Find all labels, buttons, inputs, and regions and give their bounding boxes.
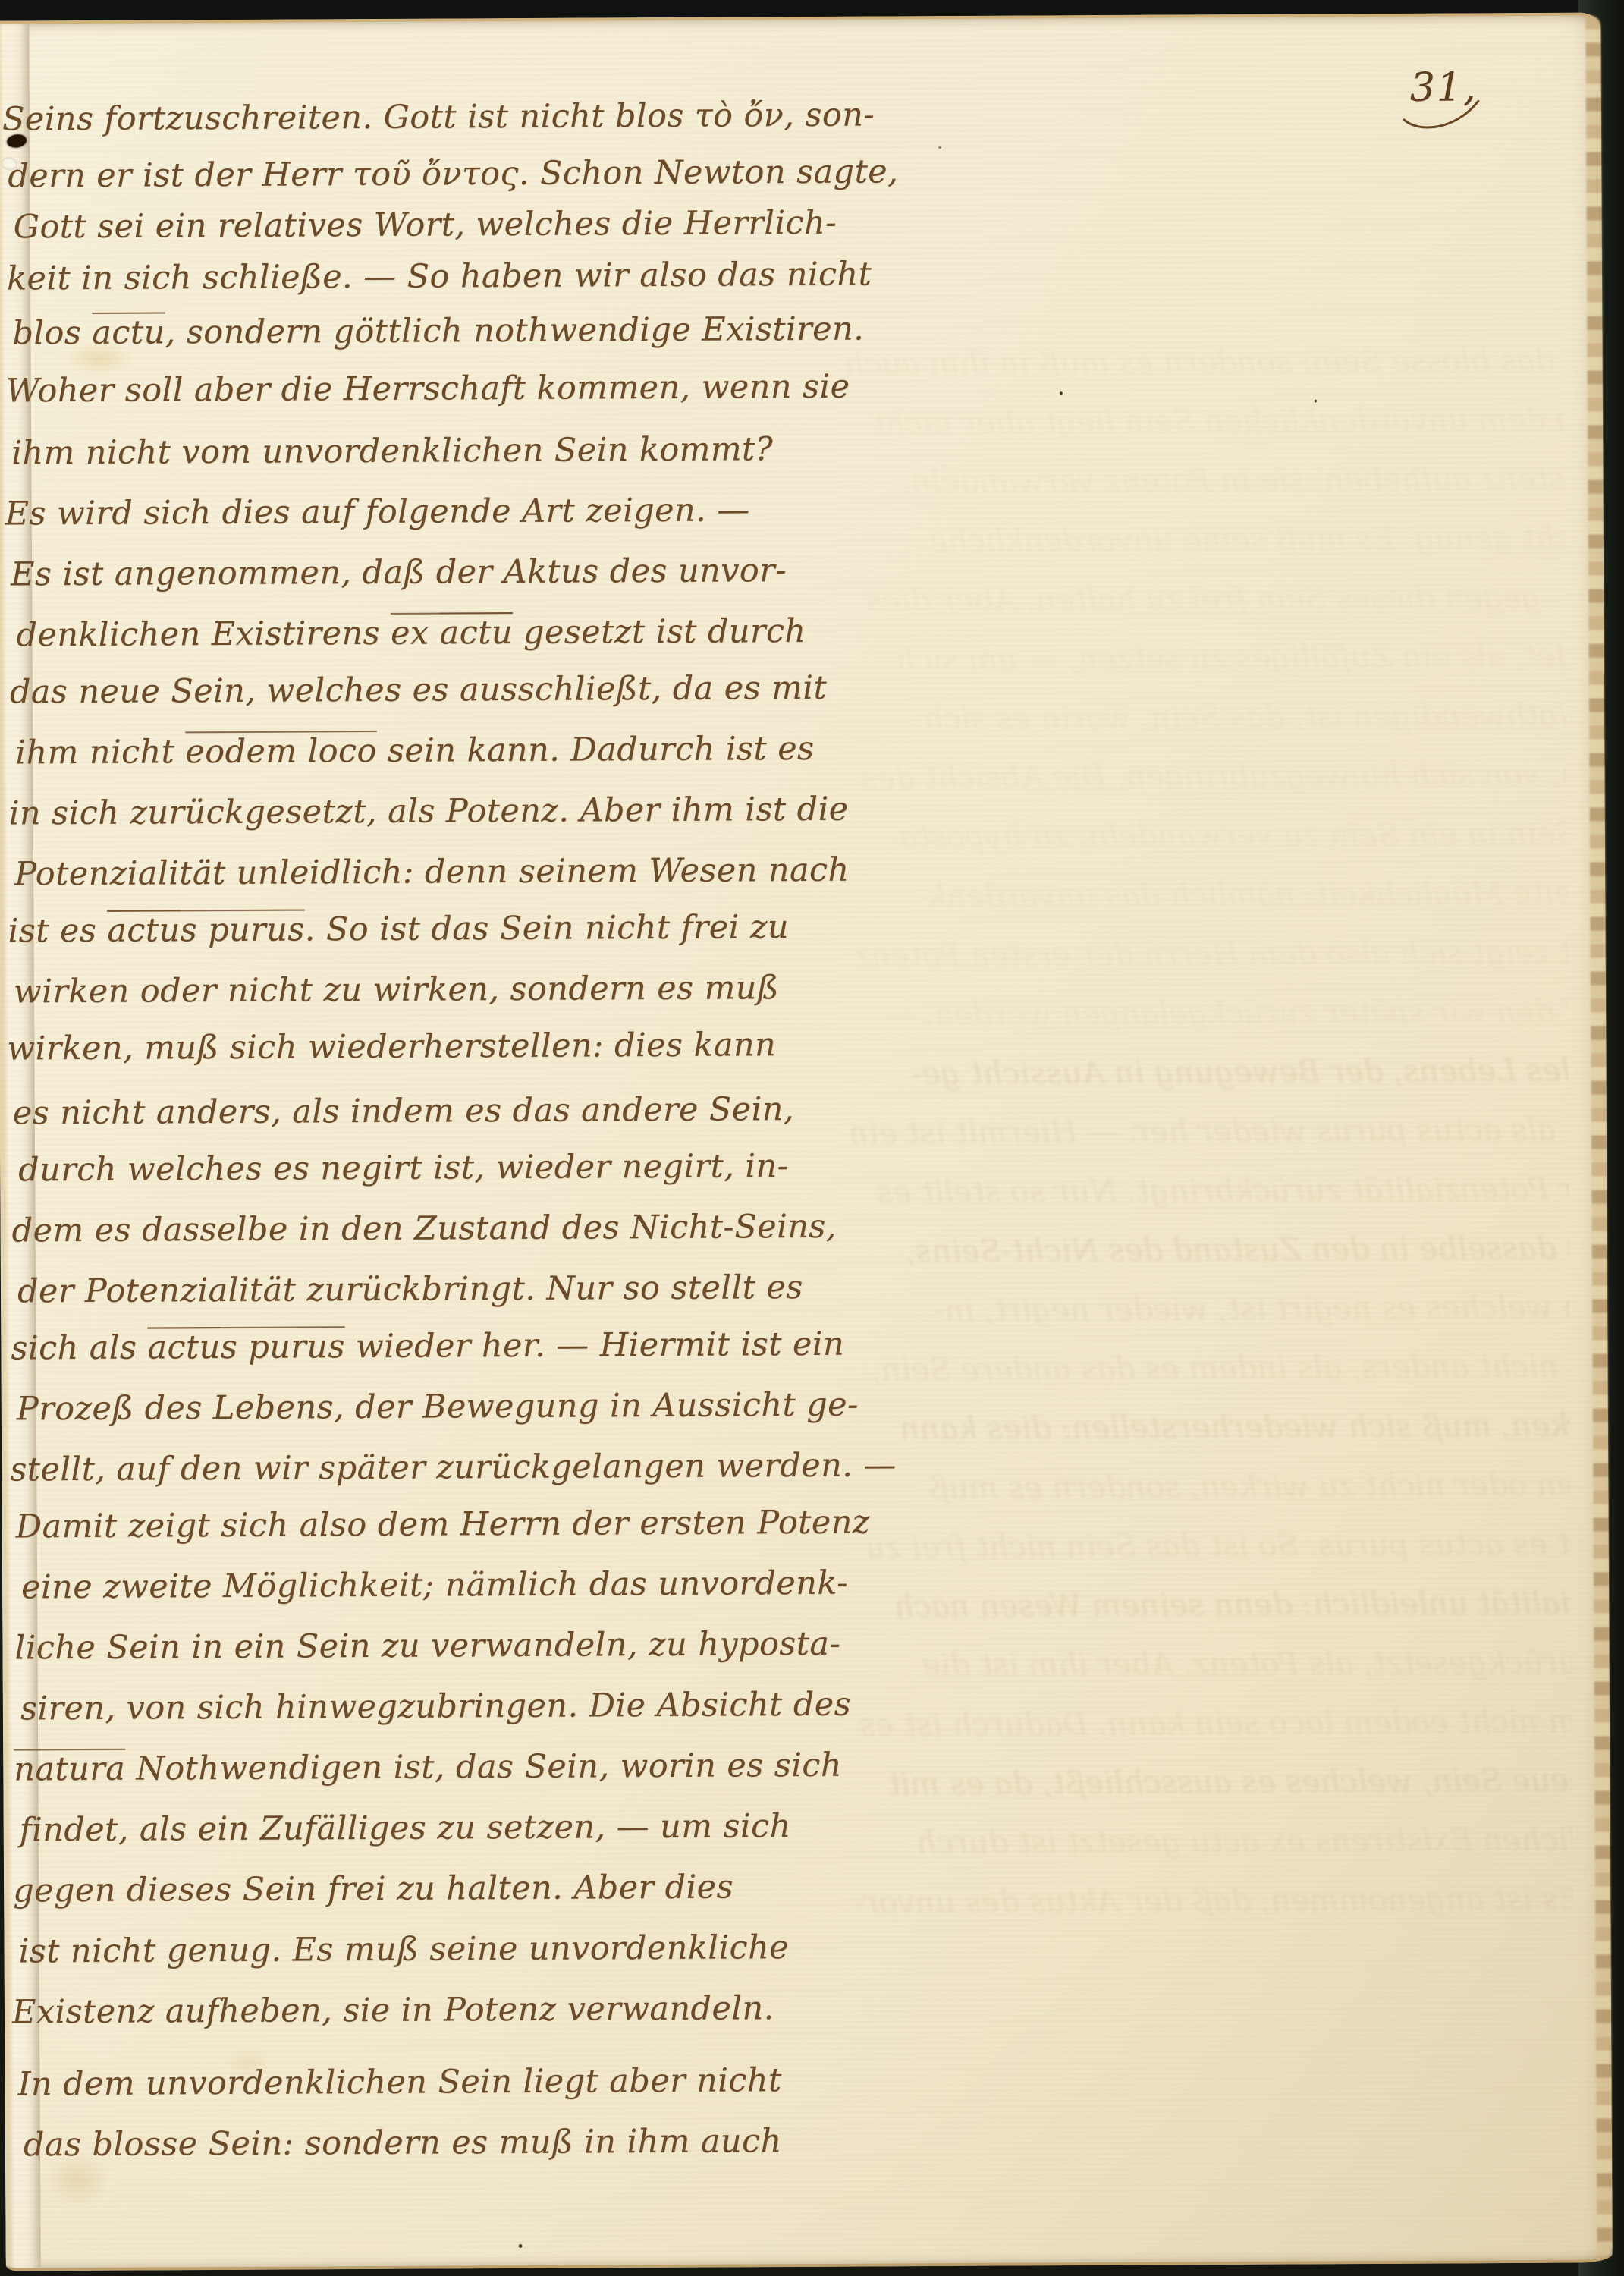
- show-through-line: gegen dieses Sein frei zu halten. Aber d…: [866, 579, 1541, 619]
- show-through-line: durch welches es negirt ist, wieder negi…: [934, 1288, 1575, 1328]
- show-through-line: ihm nicht eodem loco sein kann. Dadurch …: [859, 1702, 1575, 1743]
- manuscript-line: das neue Sein, welches es ausschließt, d…: [10, 666, 828, 715]
- manuscript-line: Potenzialität unleidlich: denn seinem We…: [14, 848, 850, 897]
- manuscript-line: wirken, muß sich wiederherstellen: dies …: [7, 1023, 776, 1070]
- show-through-line: natura Nothwendigen ist, das Sein, worin…: [923, 696, 1575, 737]
- show-through-line: findet, als ein Zufälliges zu setzen, — …: [895, 637, 1575, 677]
- show-through-line: ist nicht genug. Es muß seine unvordenkl…: [929, 519, 1575, 559]
- manuscript-line: Existenz aufheben, sie in Potenz verwand…: [12, 1986, 774, 2034]
- manuscript-line: ist es actus purus. So ist das Sein nich…: [8, 905, 789, 953]
- page-number: 31,: [1399, 63, 1514, 140]
- show-through-line: stellt, auf den wir später zurückgelange…: [883, 992, 1575, 1033]
- manuscript-line: sich als actus purus wieder her. — Hierm…: [11, 1322, 844, 1371]
- show-through-line: Es ist angenommen, daß der Aktus des unv…: [853, 1881, 1574, 1921]
- manuscript-line: durch welches es negirt ist, wieder negi…: [18, 1144, 789, 1192]
- manuscript-line: in sich zurückgesetzt, als Potenz. Aber …: [9, 787, 849, 836]
- manuscript-line: wirken oder nicht zu wirken, sondern es …: [14, 966, 779, 1014]
- manuscript-line: In dem unvordenklichen Sein liegt aber n…: [17, 2058, 781, 2106]
- show-through-line: es nicht anders, als indem es das andere…: [871, 1347, 1574, 1388]
- manuscript-line: gegen dieses Sein frei zu halten. Aber d…: [13, 1865, 733, 1913]
- show-through-line: eine zweite Möglichkeit; nämlich das unv…: [917, 874, 1574, 914]
- show-through-line: wirken, muß sich wiederherstellen: dies …: [900, 1407, 1575, 1447]
- manuscript-line: der Potenzialität zurückbringt. Nur so s…: [17, 1265, 803, 1313]
- manuscript-line: dern er ist der Herr τοῦ ὄντος. Schon Ne…: [8, 149, 898, 198]
- manuscript-line: Seins fortzuschreiten. Gott ist nicht bl…: [2, 93, 875, 141]
- manuscript-line: es nicht anders, als indem es das andere…: [13, 1087, 794, 1135]
- show-through-line: In dem unvordenklichen Sein liegt aber n…: [872, 401, 1575, 442]
- manuscript-line: Es ist angenommen, daß der Aktus des unv…: [11, 549, 787, 596]
- show-through-line: denklichen Existirens ex actu gesetzt is…: [916, 1821, 1575, 1861]
- show-through-line: liche Sein in ein Sein zu verwandeln, zu…: [889, 815, 1575, 855]
- manuscript-line: ihm nicht eodem loco sein kann. Dadurch …: [15, 727, 814, 775]
- show-through-line: Existenz aufheben, sie in Potenz verwand…: [900, 460, 1574, 500]
- manuscript-line: Gott sei ein relatives Wort, welches die…: [14, 201, 837, 250]
- manuscript-line: natura Nothwendigen ist, das Sein, worin…: [14, 1743, 842, 1792]
- manuscript-line: dem es dasselbe in den Zustand des Nicht…: [11, 1205, 836, 1253]
- show-through-line: siren, von sich hinwegzubringen. Die Abs…: [860, 756, 1574, 796]
- show-through-line: das neue Sein, welches es ausschließt, d…: [887, 1762, 1574, 1802]
- show-through-line: ist es actus purus. So ist das Sein nich…: [865, 1526, 1575, 1566]
- paper-speck: [1315, 399, 1317, 402]
- manuscript-line: siren, von sich hinwegzubringen. Die Abs…: [20, 1683, 851, 1731]
- paper-speck: [519, 2244, 523, 2248]
- manuscript-line: findet, als ein Zufälliges zu setzen, — …: [20, 1804, 791, 1852]
- page-number-value: 31,: [1410, 64, 1478, 110]
- show-through-line: der Potenzialität zurückbringt. Nur so s…: [877, 1170, 1574, 1210]
- show-through-line: das blosse Sein: sondern es muß in ihm a…: [844, 342, 1555, 382]
- manuscript-line: ihm nicht vom unvordenklichen Sein kommt…: [11, 427, 773, 475]
- show-through-line: Prozeß des Lebens, der Bewegung in Aussi…: [911, 1052, 1574, 1092]
- show-through-line: wirken oder nicht zu wirken, sondern es …: [928, 1466, 1574, 1506]
- show-through-line: Potenzialität unleidlich: denn seinem We…: [894, 1584, 1574, 1624]
- show-through-line: dem es dasselbe in den Zustand des Nicht…: [906, 1229, 1575, 1269]
- manuscript-line: stellt, auf den wir später zurückgelange…: [10, 1443, 897, 1492]
- manuscript-line: Woher soll aber die Herrschaft kommen, w…: [6, 365, 850, 413]
- manuscript-line: blos actu, sondern göttlich nothwendige …: [12, 307, 864, 356]
- verso-show-through: das blosse Sein: sondern es muß in ihm a…: [843, 321, 1574, 2237]
- show-through-line: sich als actus purus wieder her. — Hierm…: [849, 1111, 1575, 1151]
- manuscript-line: Es wird sich dies auf folgende Art zeige…: [5, 488, 750, 536]
- manuscript-line: liche Sein in ein Sein zu verwandeln, zu…: [14, 1622, 840, 1671]
- manuscript-line: Prozeß des Lebens, der Bewegung in Aussi…: [17, 1383, 859, 1432]
- paper-speck: [938, 146, 941, 149]
- show-through-line: Damit zeigt sich also dem Herrn der erst…: [855, 933, 1575, 974]
- manuscript-line: ist nicht genug. Es muß seine unvordenkl…: [18, 1925, 789, 1973]
- manuscript-line: denklichen Existirens ex actu gesetzt is…: [16, 609, 806, 657]
- manuscript-line: Damit zeigt sich also dem Herrn der erst…: [15, 1501, 869, 1549]
- manuscript-line: keit in sich schließe. — So haben wir al…: [7, 253, 872, 301]
- show-through-line: in sich zurückgesetzt, als Potenz. Aber …: [922, 1643, 1574, 1683]
- manuscript-text: Seins fortzuschreiten. Gott ist nicht bl…: [0, 15, 1600, 24]
- manuscript-line: das blosse Sein: sondern es muß in ihm a…: [24, 2119, 782, 2167]
- photo-backdrop: 31, Seins fortzuschreiten. Gott ist nich…: [0, 0, 1624, 2276]
- manuscript-page: 31, Seins fortzuschreiten. Gott ist nich…: [0, 12, 1613, 2271]
- manuscript-line: eine zweite Möglichkeit; nämlich das unv…: [21, 1561, 848, 1610]
- paper-speck: [1060, 391, 1063, 395]
